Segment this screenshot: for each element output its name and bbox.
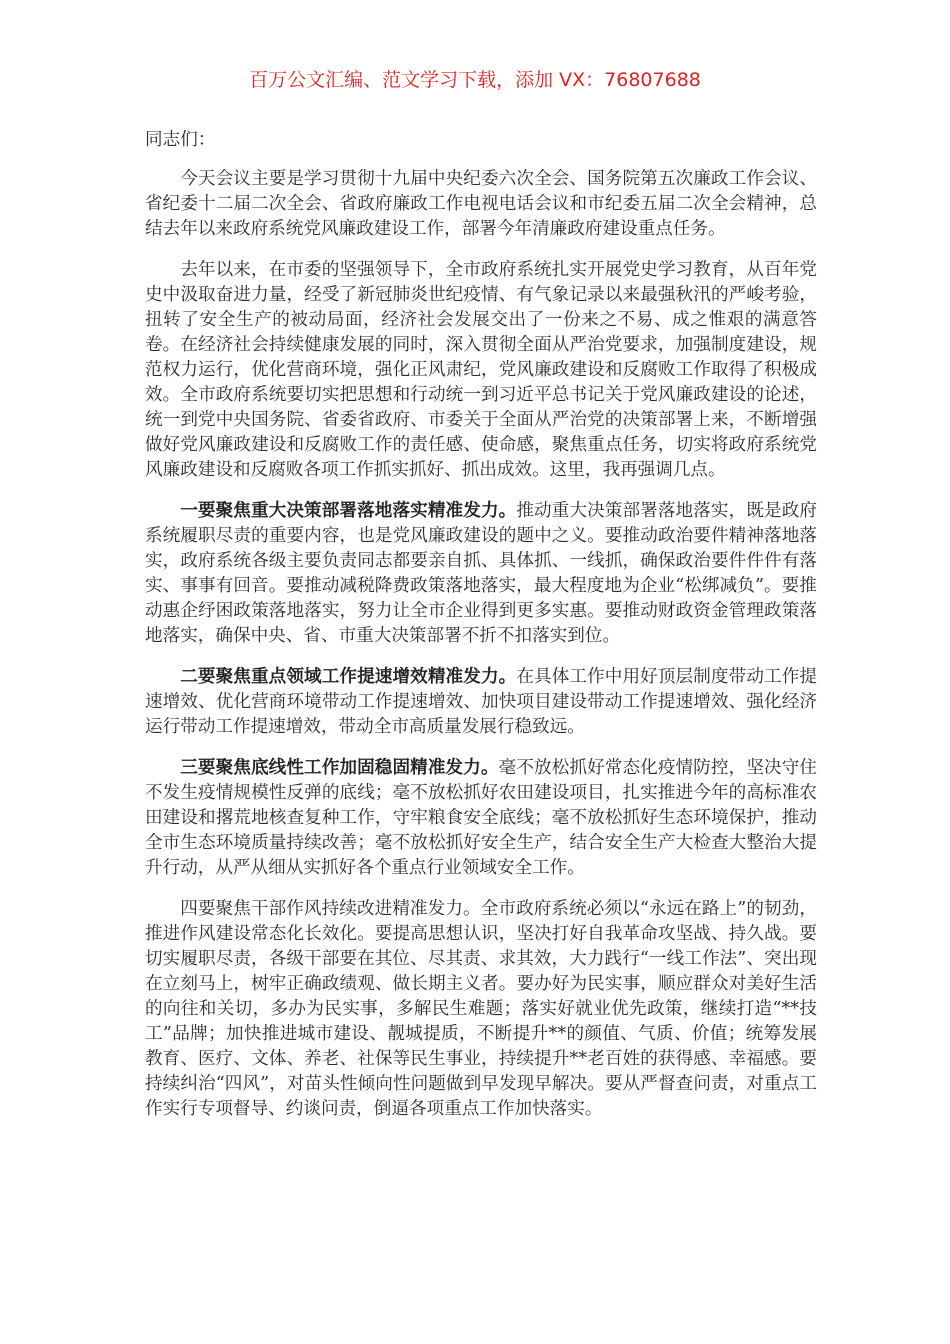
paragraph-point-1: 一要聚焦重大决策部署落地落实精准发力。推动重大决策部署落地落实，既是政府系统履职… <box>145 498 817 649</box>
document-page: 百万公文汇编、范文学习下载，添加 VX：76807688 同志们： 今天会议主要… <box>0 0 950 1344</box>
salutation: 同志们： <box>145 128 817 153</box>
paragraph-point-3: 三要聚焦底线性工作加固稳固精准发力。毫不放松抓好常态化疫情防控，坚决守住不发生疫… <box>145 755 817 881</box>
paragraph-lead: 三要聚焦底线性工作加固稳固精准发力。 <box>180 757 498 778</box>
paragraph-text: 去年以来，在市委的坚强领导下，全市政府系统扎实开展党史学习教育，从百年党史中汲取… <box>145 260 817 480</box>
watermark-banner: 百万公文汇编、范文学习下载，添加 VX：76807688 <box>0 66 950 94</box>
paragraph-point-2: 二要聚焦重点领域工作提速增效精准发力。在具体工作中用好顶层制度带动工作提速增效、… <box>145 664 817 740</box>
paragraph-review: 去年以来，在市委的坚强领导下，全市政府系统扎实开展党史学习教育，从百年党史中汲取… <box>145 257 817 483</box>
paragraph-lead: 一要聚焦重大决策部署落地落实精准发力。 <box>180 500 516 521</box>
paragraph-lead: 二要聚焦重点领域工作提速增效精准发力。 <box>180 666 516 687</box>
document-body: 同志们： 今天会议主要是学习贯彻十九届中央纪委六次全会、国务院第五次廉政工作会议… <box>145 128 817 1137</box>
paragraph-intro: 今天会议主要是学习贯彻十九届中央纪委六次全会、国务院第五次廉政工作会议、省纪委十… <box>145 166 817 242</box>
paragraph-point-4: 四要聚焦干部作风持续改进精准发力。全市政府系统必须以“永远在路上”的韧劲，推进作… <box>145 896 817 1122</box>
paragraph-text: 推动重大决策部署落地落实，既是政府系统履职尽责的重要内容，也是党风廉政建设的题中… <box>145 501 817 646</box>
paragraph-text: 今天会议主要是学习贯彻十九届中央纪委六次全会、国务院第五次廉政工作会议、省纪委十… <box>145 169 817 239</box>
paragraph-text: 四要聚焦干部作风持续改进精准发力。全市政府系统必须以“永远在路上”的韧劲，推进作… <box>145 899 817 1119</box>
